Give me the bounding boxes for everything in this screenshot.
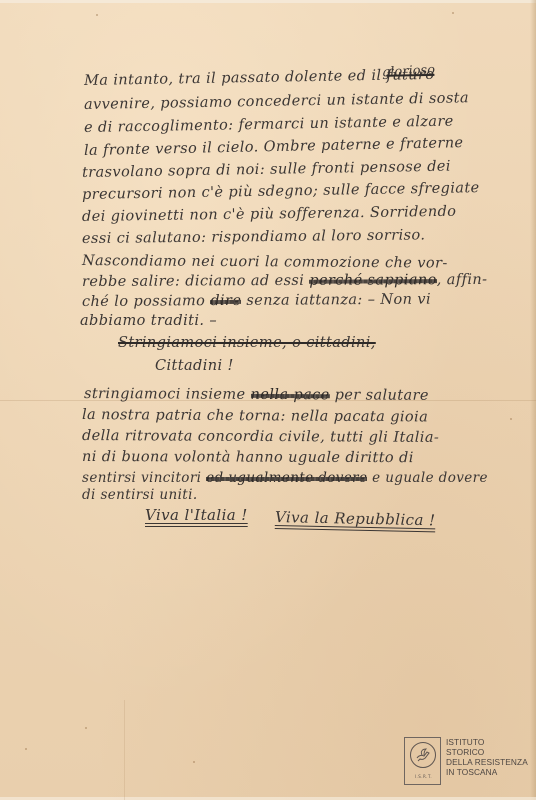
text-line: rebbe salire: diciamo ad essi perché sap…	[82, 272, 488, 290]
stamp-initials: I.S.R.T.	[405, 774, 442, 779]
paper-fold-vertical	[124, 700, 125, 800]
paper-speck	[25, 748, 27, 750]
text-line: sentirsi vincitori ed ugualmente dovere …	[82, 470, 488, 486]
paper-speck	[510, 418, 512, 420]
salutation-line: Cittadini !	[155, 358, 234, 374]
archive-stamp: I.S.R.T. ISTITUTO STORICO DELLA RESISTEN…	[404, 737, 534, 787]
paper-edge-top	[0, 0, 536, 3]
text-line: precursori non c'è più sdegno; sulle fac…	[82, 180, 480, 203]
text-line: trasvolano sopra di noi: sulle fronti pe…	[82, 159, 451, 181]
text-line: Nascondiamo nei cuori la commozione che …	[82, 253, 448, 272]
viva-repubblica: Viva la Repubblica !	[275, 508, 436, 529]
text-line: la nostra patria che torna: nella pacata…	[82, 407, 428, 425]
scribbled-phrase: ed ugualmente dovere	[206, 470, 367, 486]
stamp-logo-box: I.S.R.T.	[404, 737, 441, 785]
text-line: essi ci salutano: rispondiamo al loro so…	[82, 227, 425, 247]
text-line: e di raccoglimento: fermarci un istante …	[84, 114, 454, 136]
text-line: la fronte verso il cielo. Ombre paterne …	[84, 135, 464, 159]
text-line: della ritrovata concordia civile, tutti …	[82, 428, 439, 446]
letter-page: glorioso Ma intanto, tra il passato dole…	[0, 0, 536, 800]
text-line: di sentirsi uniti.	[82, 487, 198, 503]
text-line: stringiamoci insieme nella pace per salu…	[84, 386, 429, 404]
scribbled-word: nella pace	[251, 387, 330, 403]
text-line: ni di buona volontà hanno uguale diritto…	[82, 449, 414, 466]
text-line: dei giovinetti non c'è più sofferenza. S…	[82, 204, 457, 225]
paper-speck	[85, 727, 87, 729]
text-line: Ma intanto, tra il passato dolente ed il…	[84, 67, 435, 89]
struck-salutation: Stringiamoci insieme, o cittadini,	[118, 335, 376, 351]
paper-speck	[193, 761, 195, 763]
scribbled-word: perché sappiano	[309, 272, 437, 289]
text-line: abbiamo traditi. –	[80, 313, 217, 329]
text-line: avvenire, possiamo concederci un istante…	[84, 90, 469, 113]
scribbled-word: dire	[210, 293, 241, 309]
viva-italia: Viva l'Italia !	[145, 506, 248, 524]
text-line: ché lo possiamo dire senza iattanza: – N…	[82, 292, 431, 310]
paper-speck	[452, 12, 454, 14]
pegasus-emblem-icon	[410, 742, 436, 768]
struck-word: futuro	[386, 67, 434, 84]
paper-speck	[96, 14, 98, 16]
institute-name: ISTITUTO STORICO DELLA RESISTENZA IN TOS…	[446, 737, 528, 777]
